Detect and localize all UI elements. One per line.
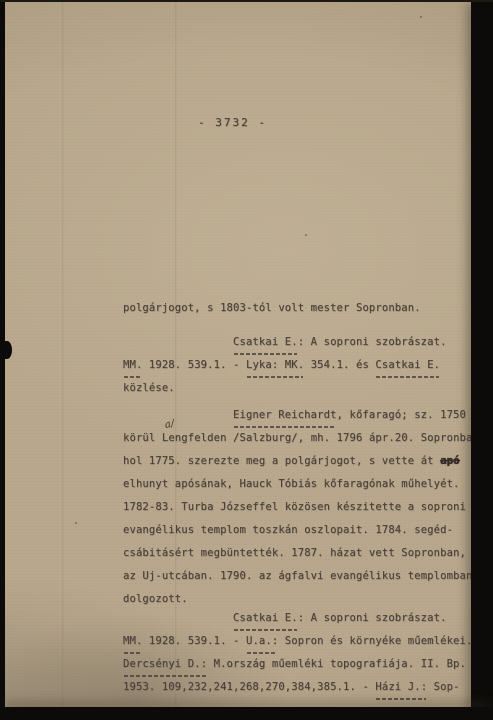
text-line: közlése.	[123, 377, 473, 400]
text-segment: 1782-83. Turba Józseffel közösen készite…	[123, 501, 466, 513]
underlined-text: MM.	[123, 359, 142, 371]
text-line: Csatkai E.: A soproni szobrászat.	[123, 331, 473, 354]
scan-edge-top	[0, 0, 493, 2]
text-segment: az Uj-utcában. 1790. az ágfalvi evangéli…	[123, 570, 472, 582]
text-line: az Uj-utcában. 1790. az ágfalvi evangéli…	[123, 565, 473, 588]
text-segment: Sopron és környéke műemlékei.	[278, 635, 472, 647]
scan-edge-blob	[2, 341, 12, 359]
scanned-document-page: { "page": { "number": "- 3732 -" }, "col…	[0, 0, 493, 720]
paper-speck	[420, 16, 422, 18]
text-line: Eigner Reichardt, kőfaragó; sz. 1750	[123, 404, 473, 427]
text-segment: 1953. 109,232,241,268,270,384,385.1. -	[123, 681, 375, 693]
text-line: hol 1775. szerezte meg a polgárjogot, s …	[123, 450, 473, 473]
text-area: polgárjogot, s 1803-tól volt mester Sopr…	[123, 297, 473, 699]
text-segment: M.ország műemléki topografiája. II. Bp.	[207, 658, 466, 670]
underlined-text: Csatkai E.	[233, 612, 298, 624]
underlined-text: Dercsényi D.:	[123, 658, 207, 670]
text-segment: körül L	[123, 432, 168, 444]
page-number: - 3732 -	[198, 116, 267, 129]
text-segment: polgárjogot, s 1803-tól volt mester Sopr…	[123, 302, 421, 314]
text-line: csábitásért megbüntették. 1787. házat ve…	[123, 542, 473, 565]
underlined-text: Házi J.:	[375, 681, 427, 693]
underlined-text: U.a.:	[246, 635, 278, 647]
scan-edge-right	[471, 0, 493, 720]
text-line: evangélikus templom toszkán oszlopait. 1…	[123, 519, 473, 542]
scan-edge-left	[0, 0, 5, 720]
paragraph-bib2: Csatkai E.: A soproni szobrászat.MM. 192…	[123, 607, 473, 699]
underlined-text: Csatkai E.	[375, 359, 440, 371]
text-line: MM. 1928. 539.1. - U.a.: Sopron és körny…	[123, 630, 473, 653]
text-segment: dolgozott.	[123, 593, 188, 605]
paper-speck	[305, 234, 307, 236]
struck-text: apó	[440, 455, 459, 467]
text-line: Dercsényi D.: M.ország műemléki topograf…	[123, 653, 473, 676]
paper-speck	[75, 522, 77, 524]
text-line: 1782-83. Turba Józseffel közösen készite…	[123, 496, 473, 519]
underlined-text: Csatkai E.	[233, 336, 298, 348]
text-segment: Sop-	[427, 681, 459, 693]
text-segment: evangélikus templom toszkán oszlopait. 1…	[123, 524, 453, 536]
text-segment: : A soproni szobrászat.	[298, 336, 447, 348]
text-line: Csatkai E.: A soproni szobrászat.	[123, 607, 473, 630]
text-line: körül Lengfelden /Salzburg/, mh. 1796 áp…	[123, 427, 473, 450]
text-segment: csábitásért megbüntették. 1787. házat ve…	[123, 547, 466, 559]
text-segment: ngfelden /Salzburg/, mh. 1796 ápr.20. So…	[175, 432, 486, 444]
paragraph-intro: polgárjogot, s 1803-tól volt mester Sopr…	[123, 297, 473, 320]
text-segment: közlése.	[123, 382, 175, 394]
text-segment: : A soproni szobrászat.	[298, 612, 447, 624]
text-segment: hol 1775. szerezte meg a polgárjogot, s …	[123, 455, 440, 467]
text-line: 1953. 109,232,241,268,270,384,385.1. - H…	[123, 676, 473, 699]
paragraph-eigner: Eigner Reichardt, kőfaragó; sz. 1750körü…	[123, 404, 473, 611]
text-segment: 1928. 539.1. -	[142, 359, 246, 371]
underlined-text: Lyka: MK.	[246, 359, 304, 371]
paragraph-bib1: Csatkai E.: A soproni szobrászat.MM. 192…	[123, 331, 473, 400]
text-segment: elhunyt apósának, Hauck Tóbiás kőfaragón…	[123, 478, 460, 490]
text-line: elhunyt apósának, Hauck Tóbiás kőfaragón…	[123, 473, 473, 496]
text-line: polgárjogot, s 1803-tól volt mester Sopr…	[123, 297, 473, 320]
underlined-text: MM.	[123, 635, 142, 647]
paper-crease	[62, 2, 64, 707]
corrected-letter: e	[168, 432, 174, 444]
text-segment: , kőfaragó; sz. 1750	[337, 409, 466, 421]
text-segment: 354.1. és	[304, 359, 375, 371]
underlined-text: Eigner Reichardt	[233, 409, 337, 421]
scan-edge-bottom	[0, 707, 493, 720]
text-segment: 1928. 539.1. -	[142, 635, 246, 647]
text-line: MM. 1928. 539.1. - Lyka: MK. 354.1. és C…	[123, 354, 473, 377]
